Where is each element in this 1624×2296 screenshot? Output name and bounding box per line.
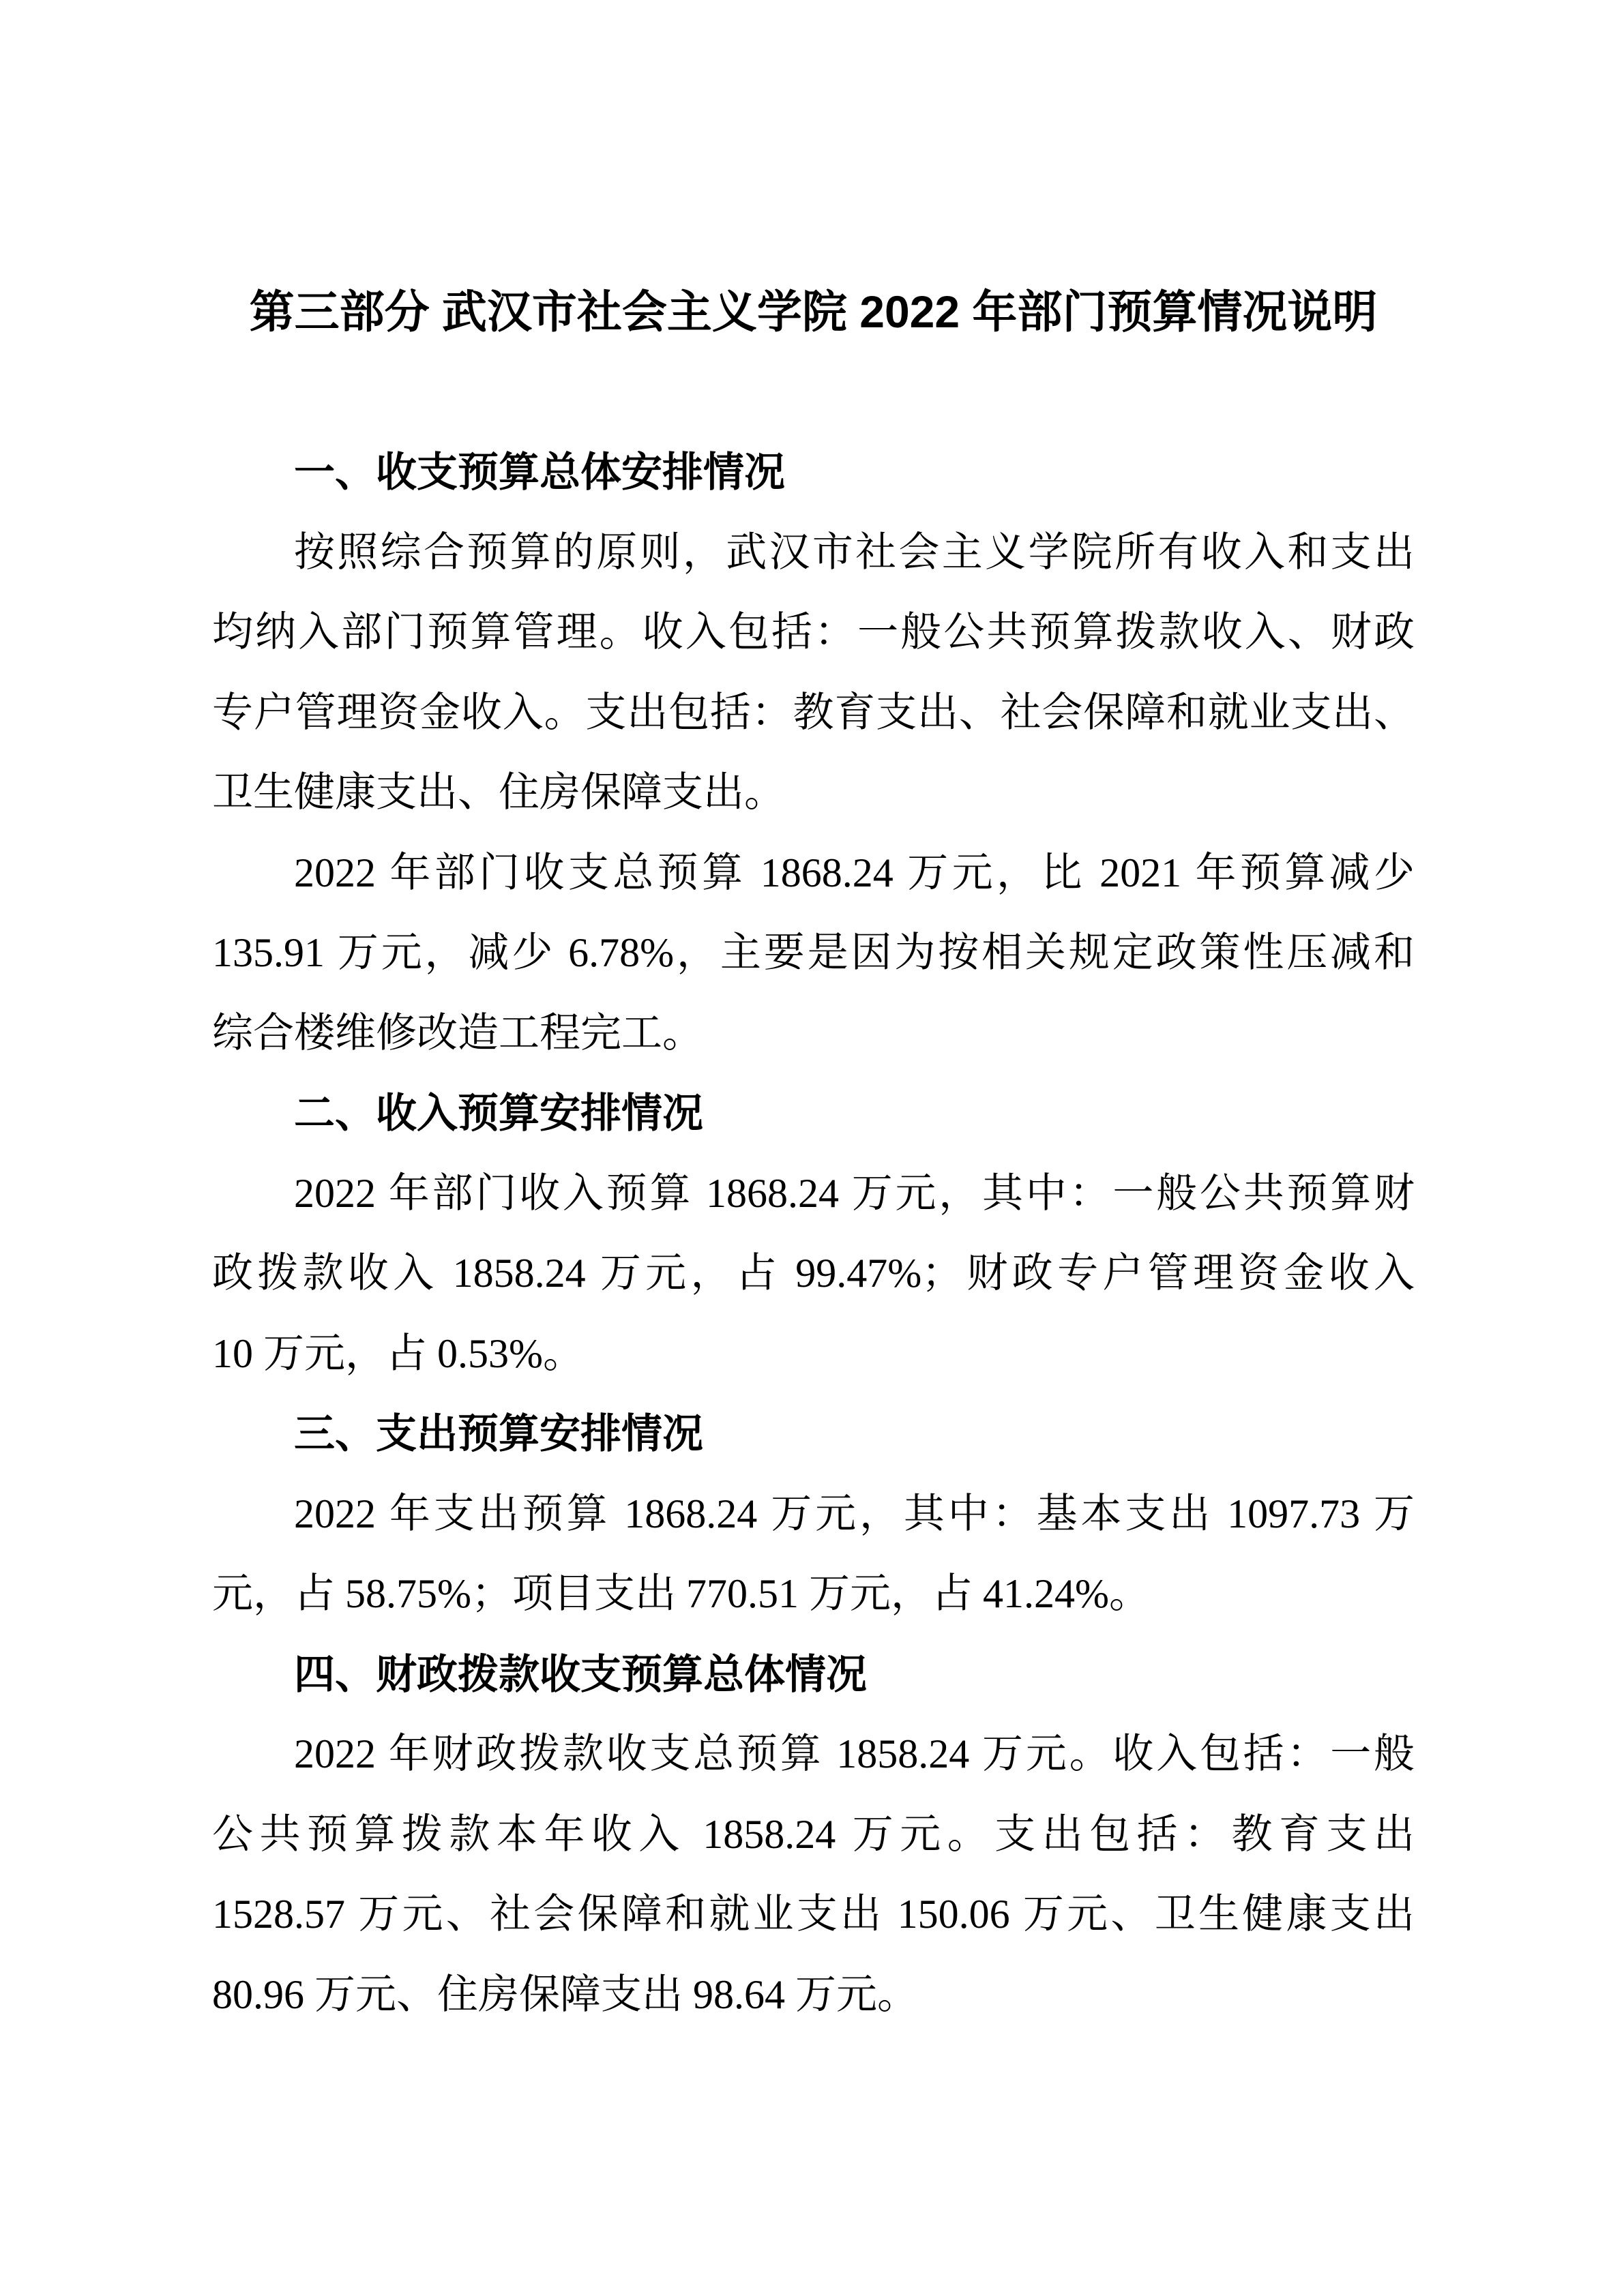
- body-line: 专户管理资金收入。支出包括：教育支出、社会保障和就业支出、: [212, 673, 1415, 754]
- body-line: 综合楼维修改造工程完工。: [212, 994, 1415, 1074]
- body-line: 公共预算拨款本年收入 1858.24 万元。支出包括：教育支出: [212, 1795, 1415, 1875]
- section-3-paragraph-1: 2022 年支出预算 1868.24 万元，其中：基本支出 1097.73 万 …: [212, 1474, 1415, 1635]
- body-line: 2022 年财政拨款收支总预算 1858.24 万元。收入包括：一般: [212, 1714, 1415, 1795]
- section-1-heading: 一、收支预算总体安排情况: [212, 432, 1415, 513]
- body-line: 卫生健康支出、住房保障支出。: [212, 753, 1415, 833]
- body-line: 2022 年部门收支总预算 1868.24 万元，比 2021 年预算减少: [212, 833, 1415, 914]
- body-line: 135.91 万元，减少 6.78%，主要是因为按相关规定政策性压减和: [212, 913, 1415, 994]
- section-4-heading: 四、财政拨款收支预算总体情况: [212, 1635, 1415, 1715]
- section-4-paragraph-1: 2022 年财政拨款收支总预算 1858.24 万元。收入包括：一般 公共预算拨…: [212, 1714, 1415, 2035]
- section-2-heading: 二、收入预算安排情况: [212, 1073, 1415, 1154]
- section-2-paragraph-1: 2022 年部门收入预算 1868.24 万元，其中：一般公共预算财 政拨款收入…: [212, 1154, 1415, 1395]
- section-1-paragraph-1: 按照综合预算的原则，武汉市社会主义学院所有收入和支出 均纳入部门预算管理。收入包…: [212, 513, 1415, 833]
- body-line: 2022 年支出预算 1868.24 万元，其中：基本支出 1097.73 万: [212, 1474, 1415, 1555]
- body-line: 10 万元，占 0.53%。: [212, 1314, 1415, 1395]
- document-title: 第三部分 武汉市社会主义学院 2022 年部门预算情况说明: [212, 290, 1415, 333]
- body-line: 2022 年部门收入预算 1868.24 万元，其中：一般公共预算财: [212, 1154, 1415, 1234]
- document-content: 第三部分 武汉市社会主义学院 2022 年部门预算情况说明 一、收支预算总体安排…: [0, 0, 1624, 2296]
- body-line: 80.96 万元、住房保障支出 98.64 万元。: [212, 1955, 1415, 2036]
- body-line: 政拨款收入 1858.24 万元，占 99.47%；财政专户管理资金收入: [212, 1234, 1415, 1314]
- body-line: 按照综合预算的原则，武汉市社会主义学院所有收入和支出: [212, 513, 1415, 593]
- section-1-paragraph-2: 2022 年部门收支总预算 1868.24 万元，比 2021 年预算减少 13…: [212, 833, 1415, 1074]
- body-line: 均纳入部门预算管理。收入包括：一般公共预算拨款收入、财政: [212, 593, 1415, 673]
- body-line: 元，占 58.75%；项目支出 770.51 万元，占 41.24%。: [212, 1554, 1415, 1635]
- section-3-heading: 三、支出预算安排情况: [212, 1394, 1415, 1474]
- document-page: 第三部分 武汉市社会主义学院 2022 年部门预算情况说明 一、收支预算总体安排…: [0, 0, 1624, 2296]
- body-line: 1528.57 万元、社会保障和就业支出 150.06 万元、卫生健康支出: [212, 1875, 1415, 1955]
